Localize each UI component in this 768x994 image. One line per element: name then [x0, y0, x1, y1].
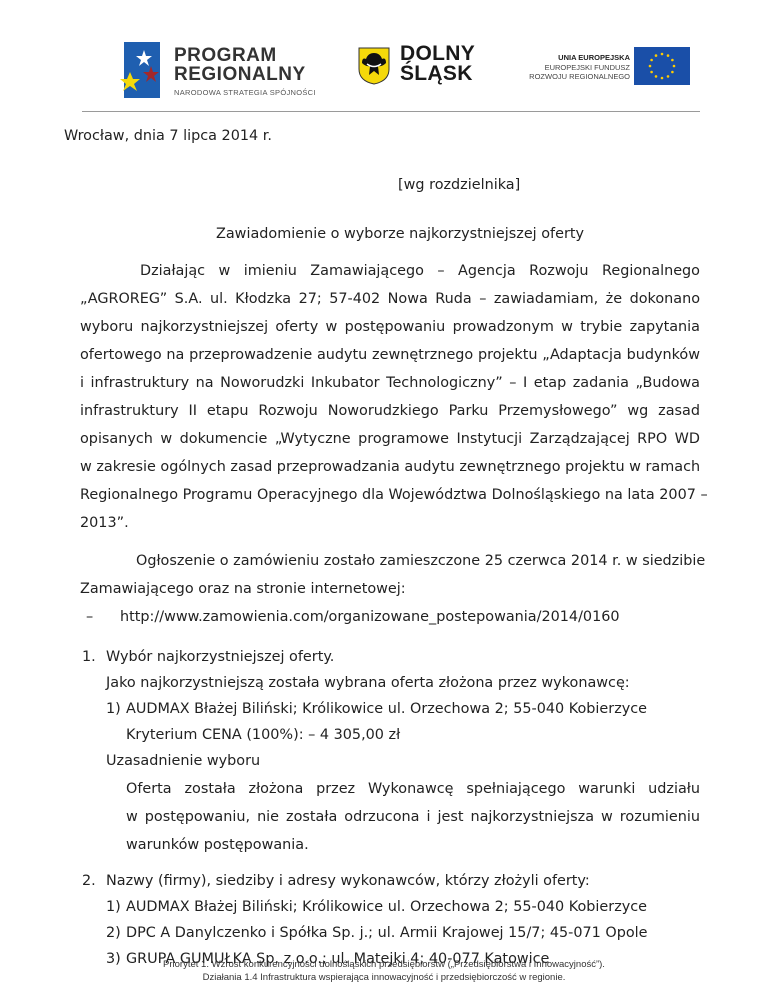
section-number: 2.	[82, 873, 96, 889]
dolny-slask-coat-of-arms-icon	[358, 47, 390, 85]
region-name-line1: DOLNY	[400, 44, 475, 64]
section-number: 1.	[82, 649, 96, 665]
justification-line: Oferta została złożona przez Wykonawcę s…	[126, 781, 700, 797]
page-footer: Priorytet 1. Wzrost konkurencyjności dol…	[0, 958, 768, 984]
bidder-number: 1)	[106, 899, 121, 915]
section-intro: Jako najkorzystniejszą została wybrana o…	[106, 675, 630, 691]
paragraph-line: i infrastruktury na Noworudzki Inkubator…	[80, 375, 700, 391]
paragraph-line: w zakresie ogólnych zasad przeprowadzani…	[80, 459, 700, 475]
paragraph-line: opisanych w dokumencie „Wytyczne program…	[80, 431, 700, 447]
procurement-link[interactable]: http://www.zamowienia.com/organizowane_p…	[120, 609, 620, 625]
justification-title: Uzasadnienie wyboru	[106, 753, 260, 769]
price-criterion: Kryterium CENA (100%): – 4 305,00 zł	[126, 727, 400, 743]
justification-line: w postępowaniu, nie została odrzucona i …	[126, 809, 700, 825]
bidder-item: DPC A Danylczenko i Spółka Sp. j.; ul. A…	[126, 925, 648, 941]
justification-line: warunków postępowania.	[126, 837, 309, 853]
program-regionalny-wordmark: PROGRAM REGIONALNY NARODOWA STRATEGIA SP…	[174, 46, 316, 97]
section-title: Nazwy (firmy), siedziby i adresy wykonaw…	[106, 873, 590, 889]
paragraph-line: 2013”.	[80, 515, 129, 531]
paragraph-line: Zamawiającego oraz na stronie internetow…	[80, 581, 406, 597]
dolny-slask-wordmark: DOLNY ŚLĄSK	[400, 44, 475, 84]
paragraph-line: infrastruktury II etapu Rozwoju Noworudz…	[80, 403, 700, 419]
eu-wordmark: UNIA EUROPEJSKA EUROPEJSKI FUNDUSZ ROZWO…	[529, 53, 630, 82]
winner-number: 1)	[106, 701, 121, 717]
program-regionalny-logo-icon	[118, 42, 160, 98]
letterhead: PROGRAM REGIONALNY NARODOWA STRATEGIA SP…	[0, 0, 768, 115]
paragraph-line: Ogłoszenie o zamówieniu zostało zamieszc…	[136, 553, 700, 569]
addressee: [wg rozdzielnika]	[398, 177, 520, 193]
section-title: Wybór najkorzystniejszej oferty.	[106, 649, 334, 665]
winner-name: AUDMAX Błażej Biliński; Królikowice ul. …	[126, 701, 647, 717]
paragraph-line: „AGROREG” S.A. ul. Kłodzka 27; 57-402 No…	[80, 291, 700, 307]
footer-line1: Priorytet 1. Wzrost konkurencyjności dol…	[0, 958, 768, 971]
paragraph-line: ofertowego na przeprowadzenie audytu zew…	[80, 347, 700, 363]
program-title-line1: PROGRAM	[174, 46, 316, 65]
footer-line2: Działania 1.4 Infrastruktura wspierająca…	[0, 971, 768, 984]
eu-line1: UNIA EUROPEJSKA	[529, 53, 630, 63]
place-and-date: Wrocław, dnia 7 lipca 2014 r.	[64, 128, 272, 144]
eu-line3: ROZWOJU REGIONALNEGO	[529, 72, 630, 82]
paragraph-line: Regionalnego Programu Operacyjnego dla W…	[80, 487, 700, 503]
bidder-number: 2)	[106, 925, 121, 941]
letter-subject: Zawiadomienie o wyborze najkorzystniejsz…	[216, 226, 584, 242]
eu-flag-icon	[634, 47, 690, 85]
bidder-item: AUDMAX Błażej Biliński; Królikowice ul. …	[126, 899, 647, 915]
header-divider	[82, 111, 700, 112]
paragraph-line: wyboru najkorzystniejszej oferty w postę…	[80, 319, 700, 335]
program-title-line2: REGIONALNY	[174, 65, 316, 84]
program-subtitle: NARODOWA STRATEGIA SPÓJNOŚCI	[174, 88, 316, 97]
list-dash: –	[86, 609, 93, 625]
region-name-line2: ŚLĄSK	[400, 64, 475, 84]
eu-line2: EUROPEJSKI FUNDUSZ	[529, 63, 630, 73]
paragraph-line: Działając w imieniu Zamawiającego – Agen…	[140, 263, 700, 279]
